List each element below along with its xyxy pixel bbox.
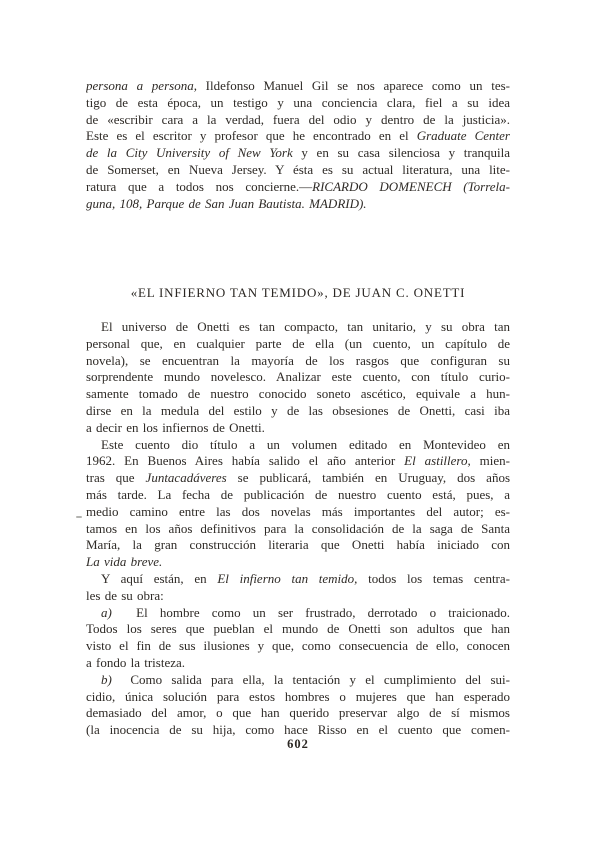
text-line: tigo de esta época, un testigo y una con… [86, 95, 510, 112]
text-line: cidio, única solución para estos hombres… [86, 689, 510, 706]
text-line: María, la gran construcción literaria qu… [86, 537, 510, 554]
text-line: Todos los seres que pueblan el mundo de … [86, 621, 510, 638]
text-line: sorprendente mundo novelesco. Analizar e… [86, 369, 510, 386]
text-line: tras que Juntacadáveres se publicará, ta… [86, 470, 510, 487]
text-line: ratura que a todos nos concierne.—RICARD… [86, 179, 510, 196]
text-line: persona a persona, Ildefonso Manuel Gil … [86, 78, 510, 95]
text-line: de Somerset, en Nueva Jersey. Y ésta es … [86, 162, 510, 179]
text-line: personal que, en cualquier parte de ella… [86, 336, 510, 353]
text-line: guna, 108, Parque de San Juan Bautista. … [86, 196, 510, 213]
text-line: Este cuento dio título a un volumen edit… [86, 437, 510, 454]
text-line: a fondo la tristeza. [86, 655, 510, 672]
text-line: samente tomado de nuestro conocido sonet… [86, 386, 510, 403]
article-title: «EL INFIERNO TAN TEMIDO», DE JUAN C. ONE… [86, 285, 510, 301]
text-line: a) El hombre como un ser frustrado, derr… [86, 605, 510, 622]
page-number: 602 [86, 737, 510, 752]
text-line: de «escribir cara a la verdad, fuera del… [86, 112, 510, 129]
text-line: El universo de Onetti es tan compacto, t… [86, 319, 510, 336]
text-line: Y aquí están, en El infierno tan temido,… [86, 571, 510, 588]
text-line: medio camino entre las dos novelas más i… [86, 504, 510, 521]
text-line: novela), se encuentran la mayoría de los… [86, 353, 510, 370]
text-line: tamos en los años definitivos para la co… [86, 521, 510, 538]
text-line: más tarde. La fecha de publicación de nu… [86, 487, 510, 504]
text-line: demasiado del amor, o que han querido pr… [86, 705, 510, 722]
text-line: les de su obra: [86, 588, 510, 605]
text-line: de la City University of New York y en s… [86, 145, 510, 162]
article-body: El universo de Onetti es tan compacto, t… [86, 319, 510, 739]
text-line: dirse en la medula del estilo y de las o… [86, 403, 510, 420]
text-line: La vida breve. [86, 554, 510, 571]
text-line: Este es el escritor y profesor que he en… [86, 128, 510, 145]
text-line: a decir en los infiernos de Onetti. [86, 420, 510, 437]
text-line: b) Como salida para ella, la tentación y… [86, 672, 510, 689]
text-line: 1962. En Buenos Aires había salido el añ… [86, 453, 510, 470]
scan-artifact [76, 516, 82, 518]
text-line: visto el fin de sus ilusiones y que, com… [86, 638, 510, 655]
intro-paragraph: persona a persona, Ildefonso Manuel Gil … [86, 78, 510, 212]
